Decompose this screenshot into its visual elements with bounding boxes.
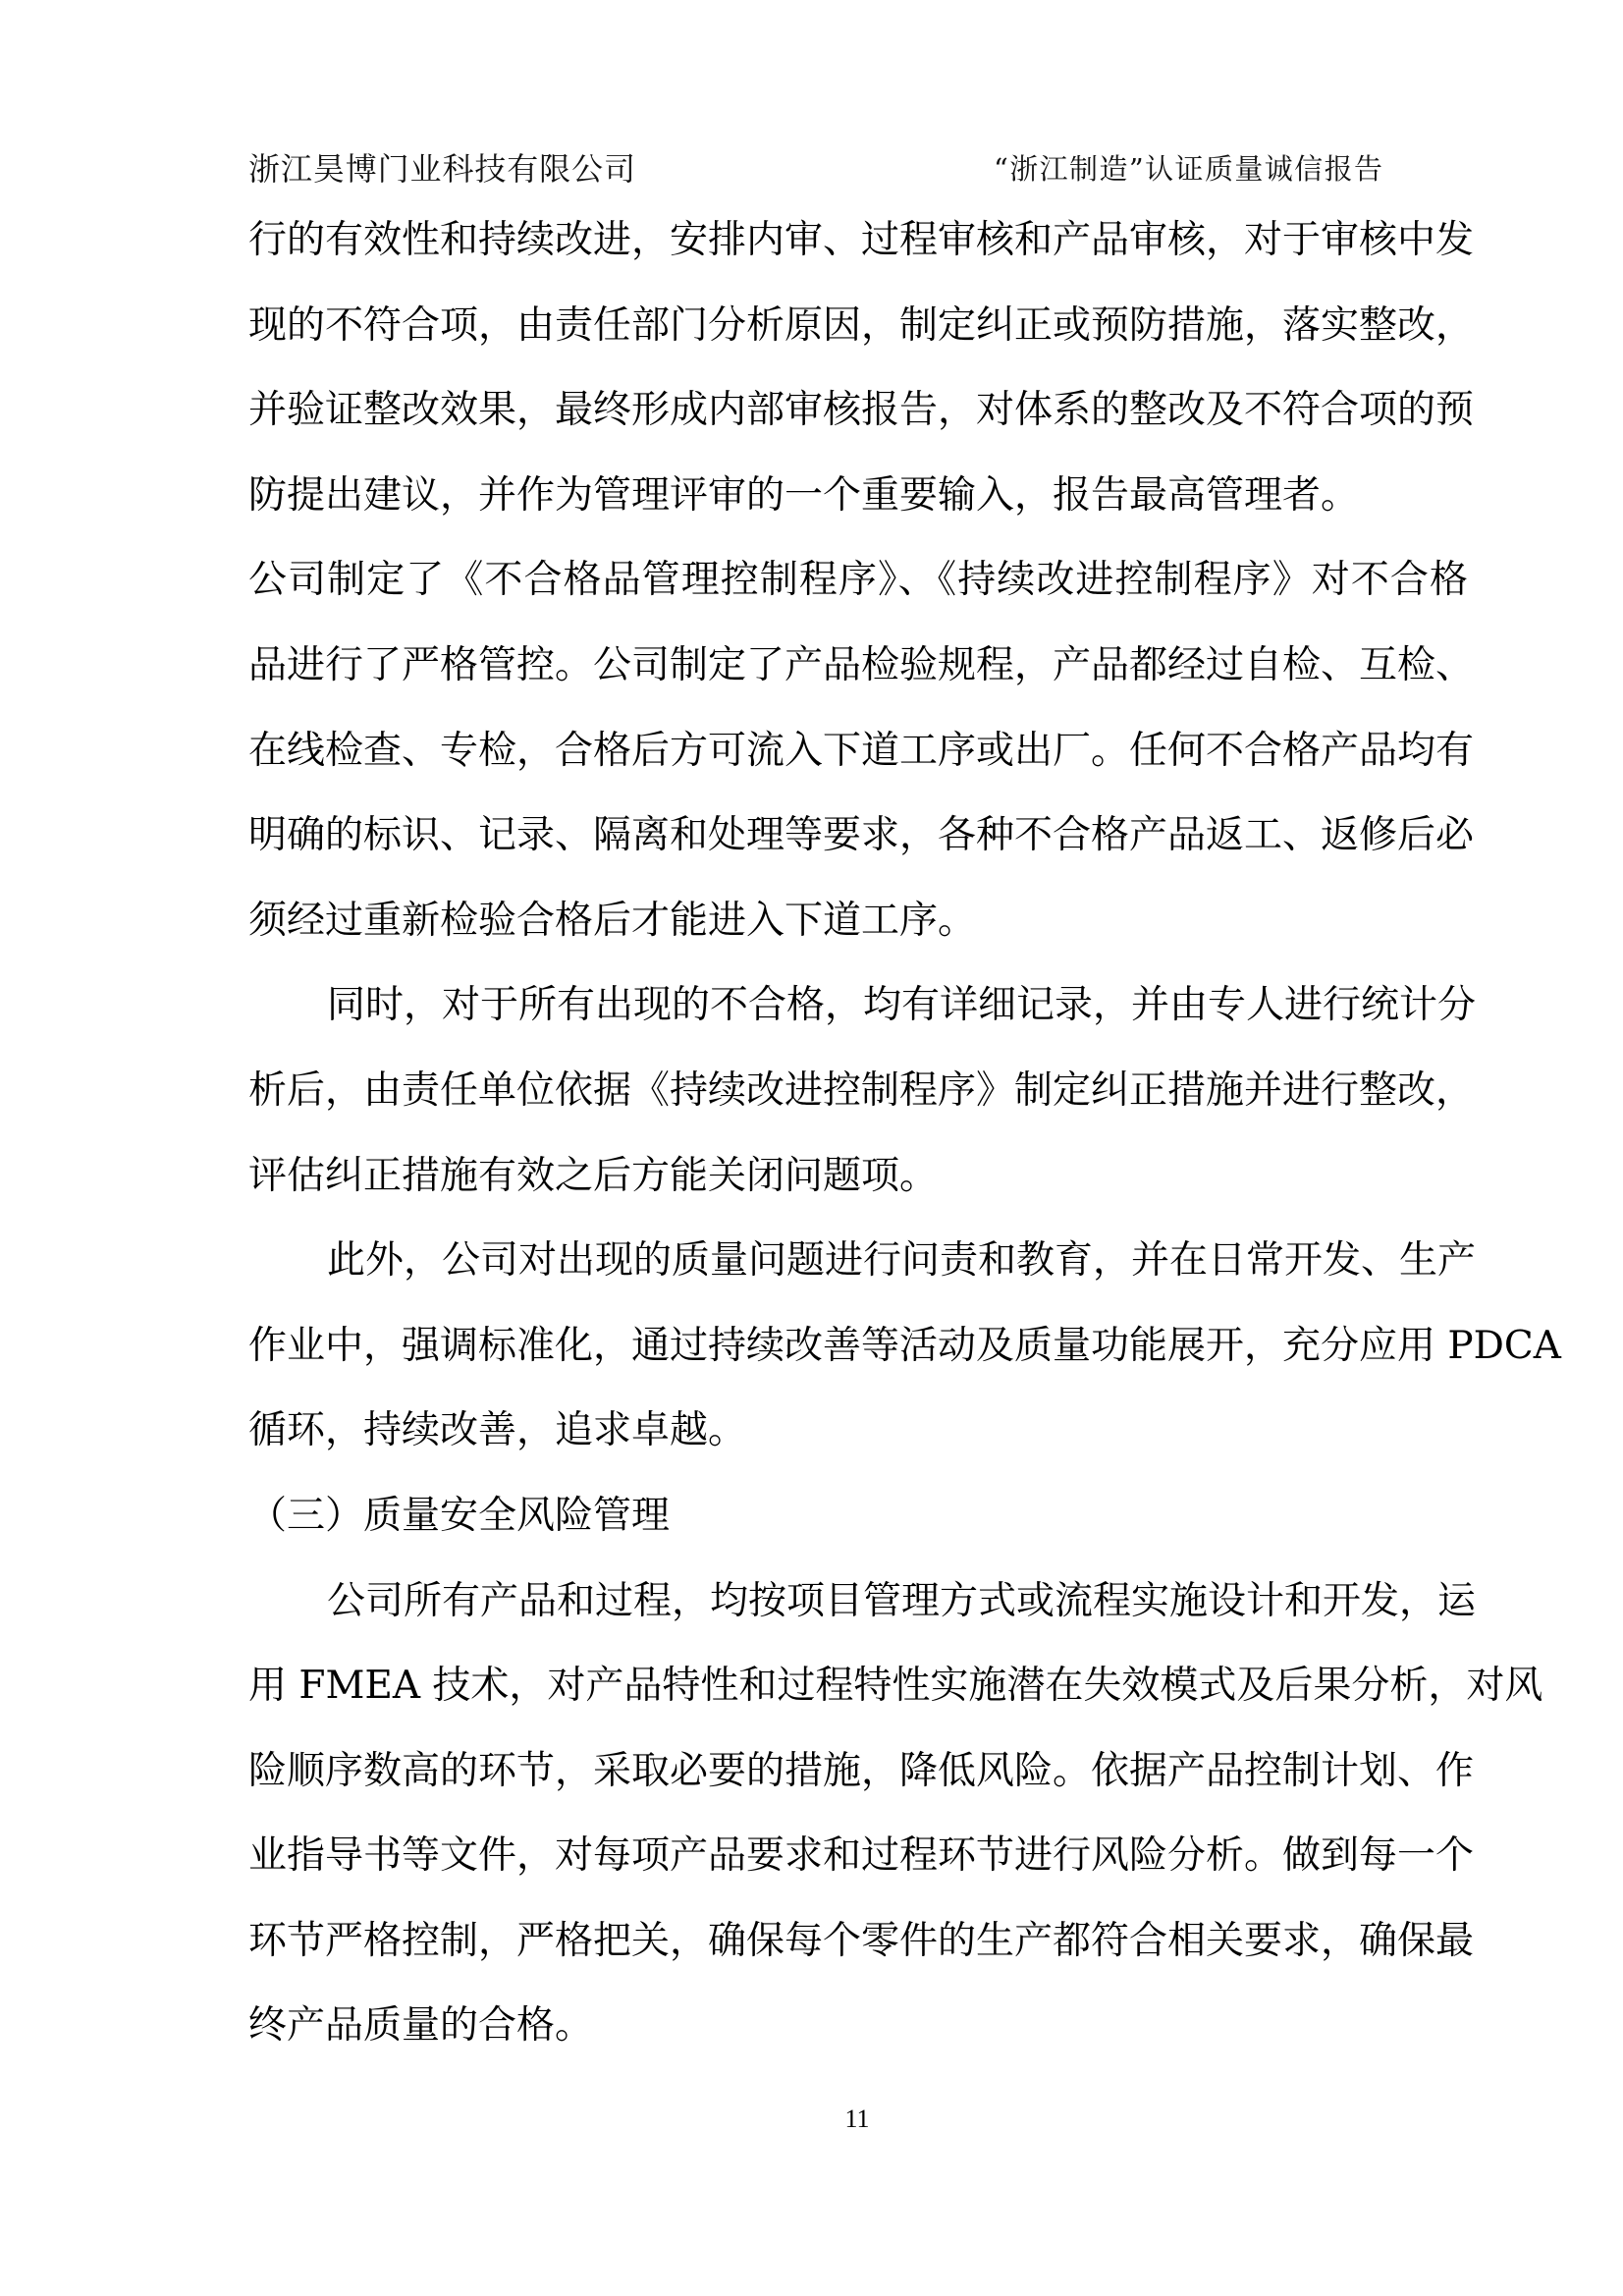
- text-line: 品进行了严格管控。公司制定了产品检验规程，产品都经过自检、互检、: [248, 642, 1468, 728]
- text-line: 须经过重新检验合格后才能进入下道工序。: [248, 898, 1468, 983]
- text-line: 公司制定了《不合格品管理控制程序》、《持续改进控制程序》对不合格: [248, 557, 1468, 642]
- text-line: 防提出建议，并作为管理评审的一个重要输入，报告最高管理者。: [248, 472, 1468, 558]
- text-line: 险顺序数高的环节，采取必要的措施，降低风险。依据产品控制计划、作: [248, 1748, 1468, 1833]
- text-line: 业指导书等文件，对每项产品要求和过程环节进行风险分析。做到每一个: [248, 1832, 1468, 1918]
- text-line: 析后，由责任单位依据《持续改进控制程序》制定纠正措施并进行整改，: [248, 1067, 1468, 1153]
- body-text: 行的有效性和持续改进，安排内审、过程审核和产品审核，对于审核中发 现的不符合项，…: [248, 217, 1468, 2088]
- paragraph-start-line: 公司所有产品和过程，均按项目管理方式或流程实施设计和开发，运: [248, 1578, 1468, 1664]
- text-line: 评估纠正措施有效之后方能关闭问题项。: [248, 1153, 1468, 1238]
- page-number: 11: [808, 2105, 906, 2133]
- text-line: 明确的标识、记录、隔离和处理等要求，各种不合格产品返工、返修后必: [248, 812, 1468, 898]
- document-page: 浙江昊博门业科技有限公司 “浙江制造”认证质量诚信报告 行的有效性和持续改进，安…: [0, 0, 1623, 2296]
- text-line: 行的有效性和持续改进，安排内审、过程审核和产品审核，对于审核中发: [248, 217, 1468, 302]
- paragraph-start-line: 此外，公司对出现的质量问题进行问责和教育，并在日常开发、生产: [248, 1237, 1468, 1323]
- text-line: 环节严格控制，严格把关，确保每个零件的生产都符合相关要求，确保最: [248, 1918, 1468, 2003]
- section-heading: （三）质量安全风险管理: [248, 1493, 1468, 1578]
- text-line: 作业中，强调标准化，通过持续改善等活动及质量功能展开，充分应用 PDCA: [248, 1323, 1468, 1408]
- header-report-title: “浙江制造”认证质量诚信报告: [994, 153, 1382, 185]
- paragraph-start-line: 同时，对于所有出现的不合格，均有详细记录，并由专人进行统计分: [248, 982, 1468, 1067]
- text-line: 循环，持续改善，追求卓越。: [248, 1407, 1468, 1493]
- text-line: 现的不符合项，由责任部门分析原因，制定纠正或预防措施，落实整改，: [248, 302, 1468, 388]
- header-company-name: 浙江昊博门业科技有限公司: [248, 153, 635, 185]
- text-line: 并验证整改效果，最终形成内部审核报告，对体系的整改及不符合项的预: [248, 387, 1468, 472]
- text-line: 终产品质量的合格。: [248, 2002, 1468, 2088]
- text-line: 在线检查、专检，合格后方可流入下道工序或出厂。任何不合格产品均有: [248, 728, 1468, 813]
- text-line: 用 FMEA 技术，对产品特性和过程特性实施潜在失效模式及后果分析，对风: [248, 1663, 1468, 1748]
